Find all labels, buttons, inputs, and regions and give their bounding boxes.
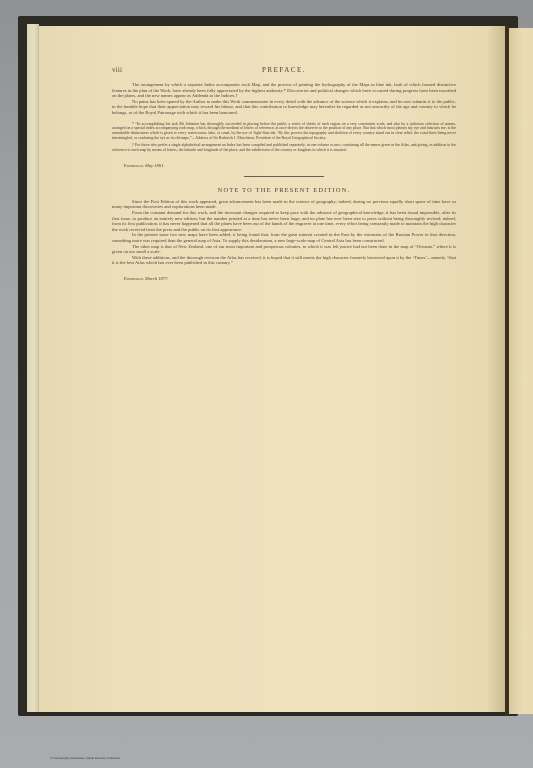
note-paragraph: Since the First Edition of this work app… (112, 199, 456, 210)
footnote: † For those who prefer a single alphabet… (112, 143, 456, 152)
page-header: viii PREFACE. (112, 66, 456, 78)
footnotes: * “In accomplishing his task Mr Johnston… (112, 122, 456, 153)
preface-body: The arrangement by which a separate Inde… (112, 82, 456, 116)
preface-signature: Edinburgh, May 1861. (112, 163, 456, 168)
note-body: Since the First Edition of this work app… (112, 199, 456, 266)
note-signature: Edinburgh, March 1877. (112, 276, 456, 281)
signature-date: May 1861. (145, 163, 165, 168)
signature-date: March 1877. (145, 276, 169, 281)
facing-page-edge (509, 28, 533, 714)
preface-paragraph: No pains has been spared by the Author t… (112, 99, 456, 116)
section-title: NOTE TO THE PRESENT EDITION. (112, 187, 456, 194)
preface-paragraph: The arrangement by which a separate Inde… (112, 82, 456, 99)
footnote: * “In accomplishing his task Mr Johnston… (112, 122, 456, 141)
copyright-credit: © Cartography Associates, David Rumsey C… (50, 756, 120, 760)
note-paragraph: The other map is that of New Zealand, on… (112, 244, 456, 255)
note-paragraph: From the constant demand for this work, … (112, 210, 456, 232)
note-paragraph: With these additions, and the thorough r… (112, 255, 456, 266)
signature-place: Edinburgh, (124, 163, 144, 168)
note-paragraph: In the present issue two new maps have b… (112, 232, 456, 243)
running-head: PREFACE. (112, 66, 456, 74)
signature-place: Edinburgh, (124, 276, 144, 281)
section-divider (244, 176, 324, 177)
page-content: viii PREFACE. The arrangement by which a… (112, 66, 456, 281)
